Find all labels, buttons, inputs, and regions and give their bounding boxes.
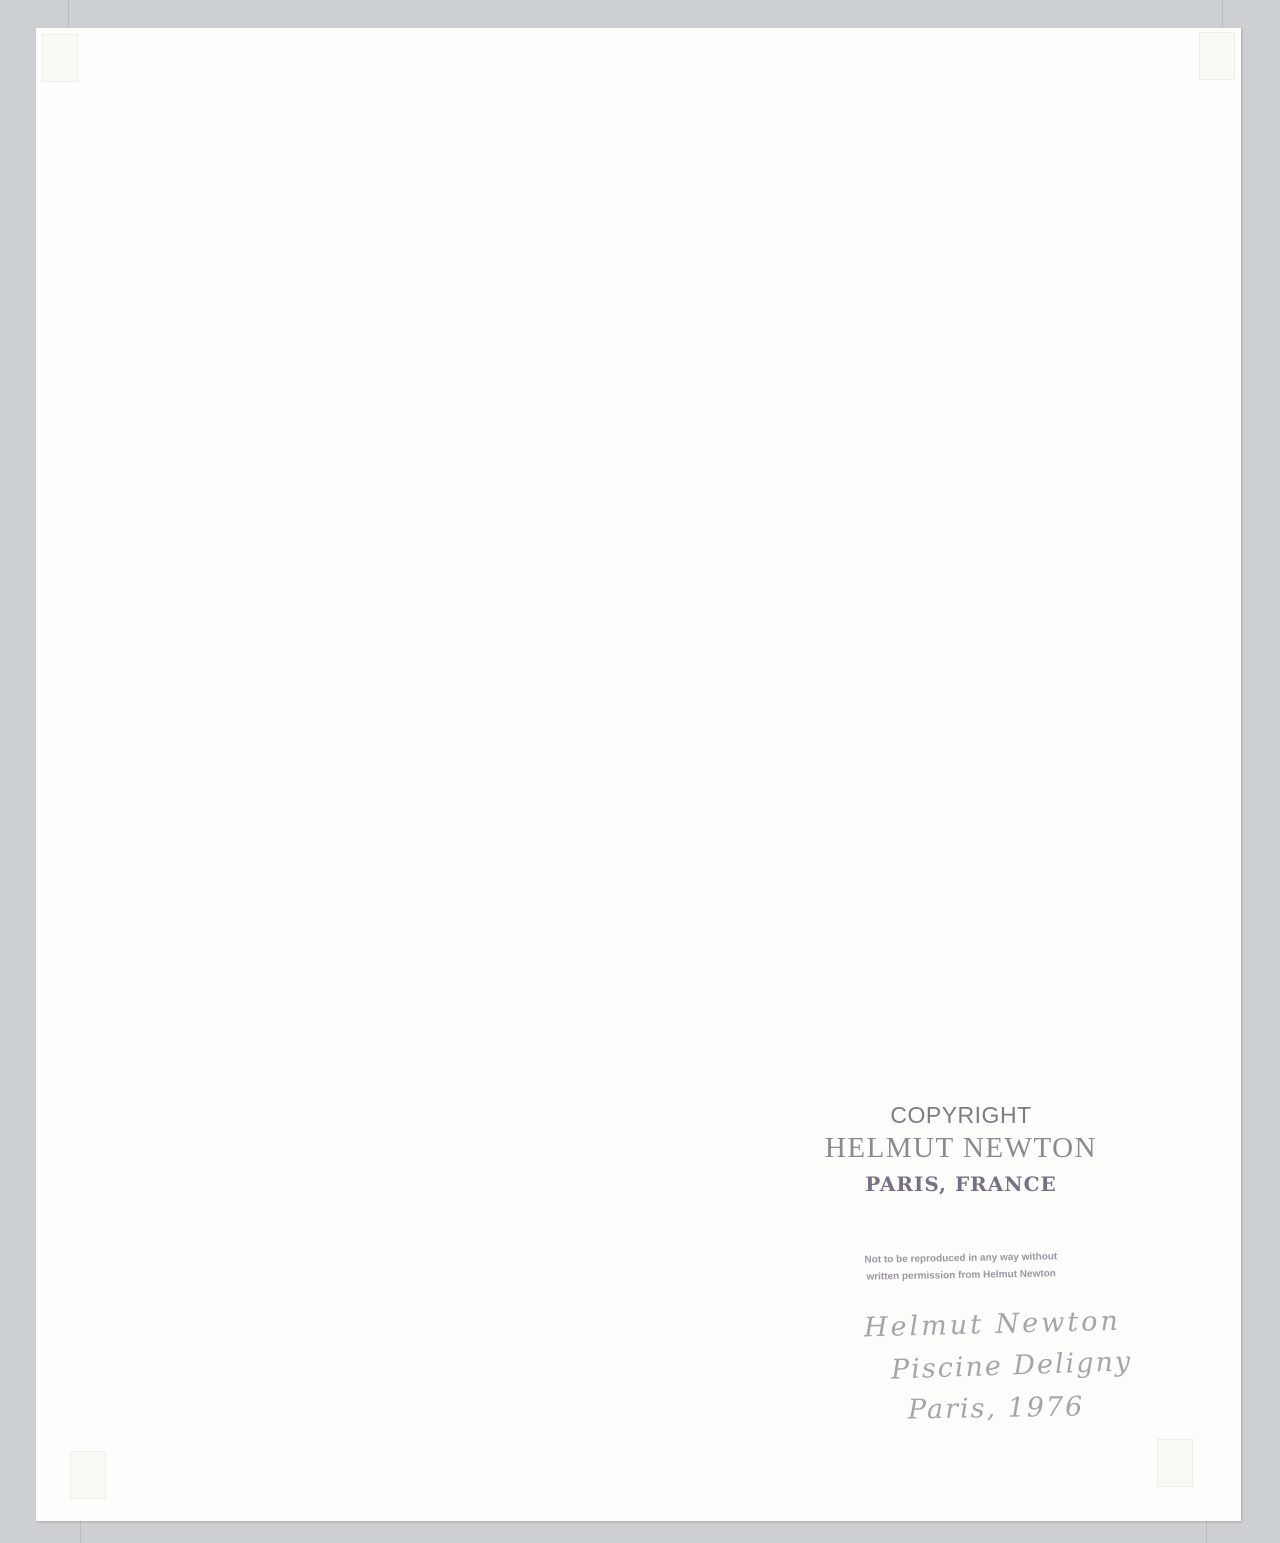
pencil-inscription: Helmut Newton Piscine Deligny Paris, 197… <box>836 1304 1156 1430</box>
hinge-tab-bottom-left <box>70 1451 106 1499</box>
background-guide-line <box>1222 0 1223 28</box>
background-guide-line <box>80 1521 81 1543</box>
stamp-location: PARIS, FRANCE <box>796 1166 1126 1202</box>
background-guide-line <box>68 0 69 28</box>
photo-print-verso: COPYRIGHT HELMUT NEWTON PARIS, FRANCE No… <box>36 28 1241 1521</box>
hinge-tab-top-right <box>1199 32 1235 80</box>
hinge-tab-top-left <box>42 34 78 82</box>
copyright-stamp: COPYRIGHT HELMUT NEWTON PARIS, FRANCE <box>796 1100 1126 1202</box>
stamp-copyright-line: COPYRIGHT <box>796 1100 1126 1130</box>
reproduction-notice: Not to be reproduced in any way without … <box>816 1247 1107 1286</box>
stamp-photographer-name: HELMUT NEWTON <box>796 1130 1126 1166</box>
inscription-place-date: Paris, 1976 <box>836 1385 1157 1433</box>
background-guide-line <box>1206 1521 1207 1543</box>
hinge-tab-bottom-right <box>1157 1439 1193 1487</box>
notice-line-2: written permission from Helmut Newton <box>816 1264 1106 1286</box>
